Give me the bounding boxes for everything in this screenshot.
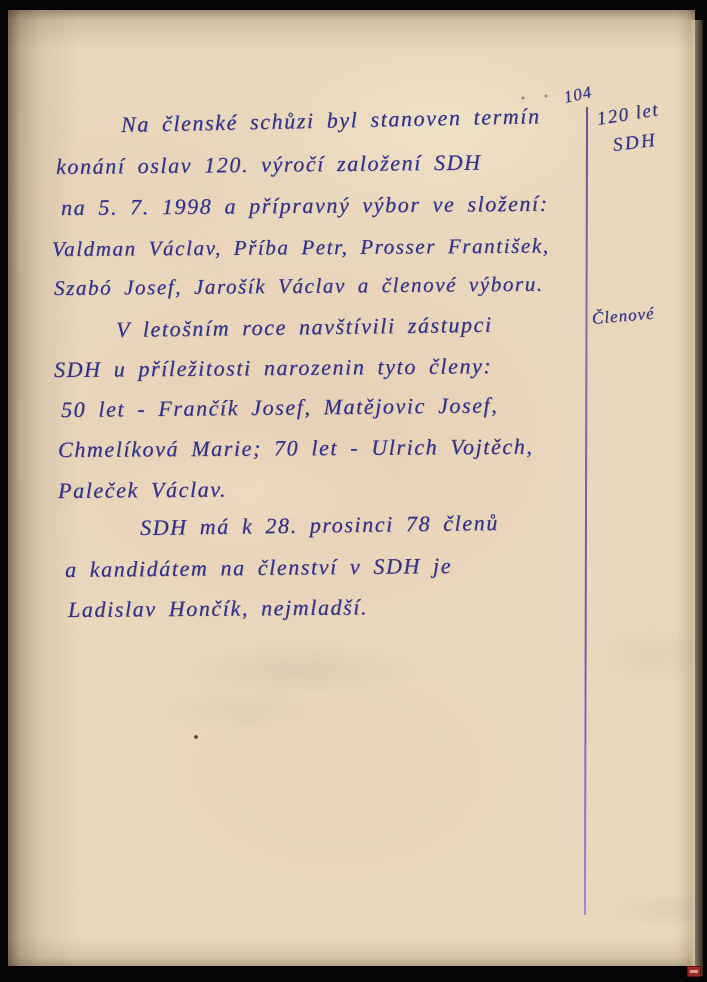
- scanned-chronicle-page: 104 120 let SDH Členové Na členské schůz…: [0, 0, 707, 982]
- handwritten-line-6: V letošním roce navštívili zástupci: [116, 310, 493, 345]
- handwritten-line-11: SDH má k 28. prosinci 78 členů: [140, 508, 499, 543]
- handwritten-line-2: konání oslav 120. výročí založení SDH: [56, 148, 482, 182]
- margin-note-anniversary-line2: SDH: [612, 130, 659, 157]
- paper-sheet: 104 120 let SDH Členové Na členské schůz…: [8, 10, 695, 966]
- handwritten-line-5: Szabó Josef, Jarošík Václav a členové vý…: [54, 269, 544, 303]
- margin-note-anniversary-line1: 120 let: [595, 99, 660, 131]
- handwritten-line-12: a kandidátem na členství v SDH je: [65, 551, 452, 585]
- page-edge: [689, 20, 703, 976]
- handwritten-line-13: Ladislav Hončík, nejmladší.: [68, 592, 368, 625]
- handwritten-line-9: Chmelíková Marie; 70 let - Ulrich Vojtěc…: [58, 432, 534, 465]
- page-number: 104: [562, 82, 594, 107]
- handwritten-line-4: Valdman Václav, Příba Petr, Prosser Fran…: [52, 231, 550, 264]
- margin-note-members: Členové: [591, 304, 655, 329]
- margin-ruled-line: [584, 107, 588, 915]
- minimize-icon[interactable]: [687, 966, 701, 977]
- handwritten-line-10: Paleček Václav.: [58, 475, 227, 506]
- handwritten-line-1: Na členské schůzi byl stanoven termín: [121, 101, 541, 140]
- handwritten-line-3: na 5. 7. 1998 a přípravný výbor ve slože…: [61, 189, 549, 223]
- minus-glyph: [690, 970, 698, 973]
- handwritten-line-8: 50 let - Frančík Josef, Matějovic Josef,: [61, 390, 499, 425]
- handwritten-line-7: SDH u příležitosti narozenin tyto členy:: [54, 351, 493, 385]
